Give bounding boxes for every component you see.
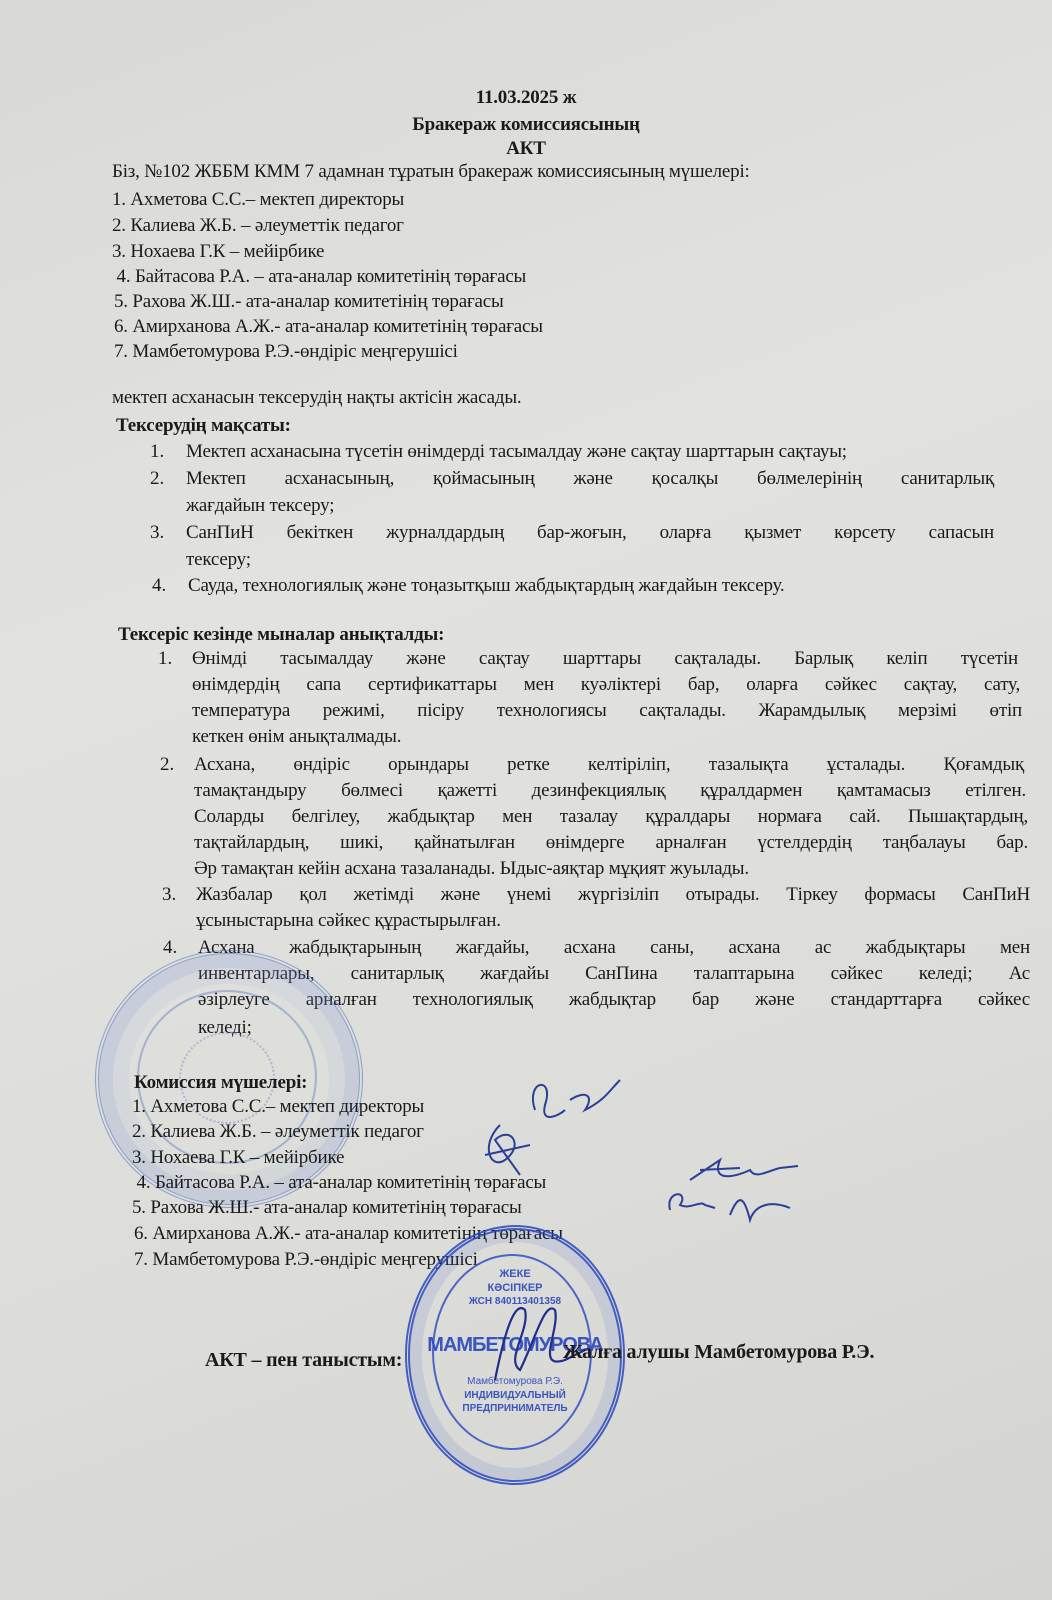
signature-baitasova-icon <box>680 1150 800 1195</box>
member-item: 3. Нохаева Г.К – мейірбике <box>112 240 324 264</box>
member-item: 2. Калиева Ж.Б. – әлеуметтік педагог <box>112 214 404 238</box>
goals-heading: Тексерудің мақсаты: <box>116 414 291 438</box>
member-item: 4. Байтасова Р.А. – ата-аналар комитетін… <box>112 265 526 289</box>
finding-text: тамақтандыру бөлмесі қажетті дезинфекция… <box>194 779 1026 803</box>
signatory-item: 5. Рахова Ж.Ш.- ата-аналар комитетінің т… <box>132 1196 522 1220</box>
signatures-heading: Комиссия мүшелері: <box>134 1071 307 1095</box>
signature-rahova-icon <box>660 1180 800 1230</box>
signature-ahmetova-icon <box>515 1070 625 1140</box>
finding-number: 4. <box>163 936 177 960</box>
goal-text: жағдайын тексеру; <box>186 494 334 518</box>
goal-number: 2. <box>150 467 164 491</box>
goal-text: тексеру; <box>186 548 251 572</box>
finding-text: Өнімді тасымалдау және сақтау шарттары с… <box>192 647 1018 671</box>
finding-text: келеді; <box>198 1016 252 1040</box>
finding-text: Асхана жабдықтарының жағдайы, асхана сан… <box>198 936 1030 960</box>
goal-text: СанПиН бекіткен журналдардың бар-жоғын, … <box>186 521 994 545</box>
document-date: 11.03.2025 ж <box>0 86 1052 110</box>
finding-text: Соларды белгілеу, жабдықтар мен тазалау … <box>194 805 1028 829</box>
goal-text: Сауда, технологиялық және тоңазытқыш жаб… <box>188 574 784 598</box>
intro-text: Біз, №102 ЖББМ КММ 7 адамнан тұратын бра… <box>112 160 750 184</box>
finding-number: 1. <box>158 647 172 671</box>
finding-number: 2. <box>160 753 174 777</box>
signatory-item: 7. Мамбетомурова Р.Э.-өндіріс меңгерушіс… <box>134 1248 478 1272</box>
finding-text: кеткен өнім анықталмады. <box>192 725 401 749</box>
signatory-item: 2. Калиева Ж.Б. – әлеуметтік педагог <box>132 1120 424 1144</box>
signatory-item: 1. Ахметова С.С.– мектеп директоры <box>132 1095 424 1119</box>
goal-text: Мектеп асханасына түсетін өнімдерді тасы… <box>186 440 847 464</box>
stamp-text: ПРЕДПРИНИМАТЕЛЬ <box>410 1403 620 1414</box>
stamp-text: КӘСІПКЕР <box>410 1282 620 1294</box>
finding-text: ұсыныстарына сәйкес құрастырылған. <box>196 909 501 933</box>
member-item: 1. Ахметова С.С.– мектеп директоры <box>112 188 404 212</box>
signatory-item: 4. Байтасова Р.А. – ата-аналар комитетін… <box>132 1171 546 1195</box>
goal-text: Мектеп асханасының, қоймасының және қоса… <box>186 467 994 491</box>
finding-text: өнімдердің сапа сертификаттары мен куәлі… <box>192 673 1020 697</box>
document-title-act: АКТ <box>0 137 1052 161</box>
member-item: 7. Мамбетомурова Р.Э.-өндіріс меңгерушіс… <box>114 340 458 364</box>
signatory-item: 3. Нохаева Г.К – мейірбике <box>132 1146 344 1170</box>
acknowledged-label: АКТ – пен таныстым: <box>205 1348 402 1372</box>
document-page: 11.03.2025 ж Бракераж комиссиясының АКТ … <box>0 0 1052 1600</box>
goal-number: 1. <box>150 440 164 464</box>
member-item: 6. Амирханова А.Ж.- ата-аналар комитетін… <box>114 315 543 339</box>
finding-number: 3. <box>162 883 176 907</box>
finding-text: температура режимі, пісіру технологиясы … <box>192 699 1022 723</box>
finding-text: тақтайлардың, шикі, қайнатылған өнімдерг… <box>194 831 1028 855</box>
findings-heading: Тексеріс кезінде мыналар анықталды: <box>118 623 444 647</box>
act-statement: мектеп асханасын тексерудің нақты актісі… <box>112 386 521 410</box>
member-item: 5. Рахова Ж.Ш.- ата-аналар комитетінің т… <box>114 290 504 314</box>
responsible-person: Жалға алушы Мамбетомурова Р.Э. <box>563 1340 874 1364</box>
finding-text: Асхана, өндіріс орындары ретке келтірілі… <box>194 753 1024 777</box>
signatory-item: 6. Амирханова А.Ж.- ата-аналар комитетін… <box>134 1222 563 1246</box>
goal-number: 3. <box>150 521 164 545</box>
finding-text: Жазбалар қол жетімді және үнемі жүргізіл… <box>196 883 1030 907</box>
stamp-text: Мамбетомурова Р.Э. <box>410 1376 620 1387</box>
goal-number: 4. <box>152 574 166 598</box>
finding-text: инвентарлары, санитарлық жағдайы СанПина… <box>198 962 1030 986</box>
stamp-text: ИНДИВИДУАЛЬНЫЙ <box>410 1390 620 1401</box>
document-title: Бракераж комиссиясының <box>0 113 1052 137</box>
finding-text: әзірлеуге арналған технологиялық жабдықт… <box>198 988 1030 1012</box>
stamp-text: ЖСН 840113401358 <box>410 1296 620 1307</box>
finding-text: Әр тамақтан кейін асхана тазаланады. Ыды… <box>194 857 749 881</box>
